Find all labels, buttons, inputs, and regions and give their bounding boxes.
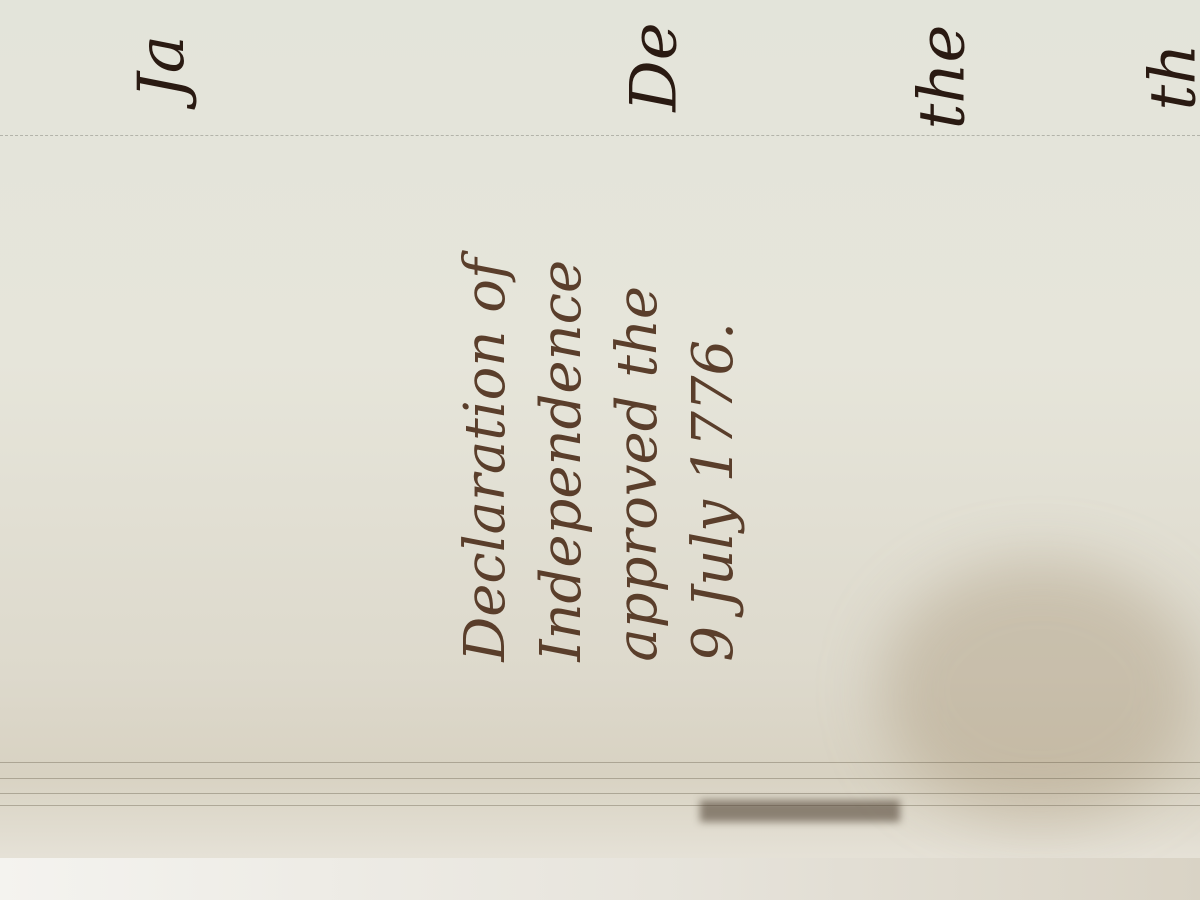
endorsement-line: Declaration of (448, 258, 524, 661)
page-edge-line (0, 762, 1200, 763)
endorsement-line: approved the (600, 258, 676, 661)
under-page (0, 858, 1200, 900)
ruled-margin-line (0, 135, 1200, 137)
page-edge-line (0, 793, 1200, 794)
binding-stain (700, 800, 900, 822)
handwritten-endorsement: Declaration of Independence approved the… (448, 258, 752, 661)
text-fragment: the (905, 25, 979, 130)
page-edge-line (0, 778, 1200, 779)
page-edge-line (0, 805, 1200, 806)
text-fragment: Ja (125, 35, 199, 99)
paper-stain (880, 560, 1200, 820)
endorsement-line: Independence (524, 258, 600, 661)
text-fragment: th (1136, 44, 1200, 111)
endorsement-line: 9 July 1776. (676, 258, 752, 661)
text-fragment: De (618, 22, 692, 111)
